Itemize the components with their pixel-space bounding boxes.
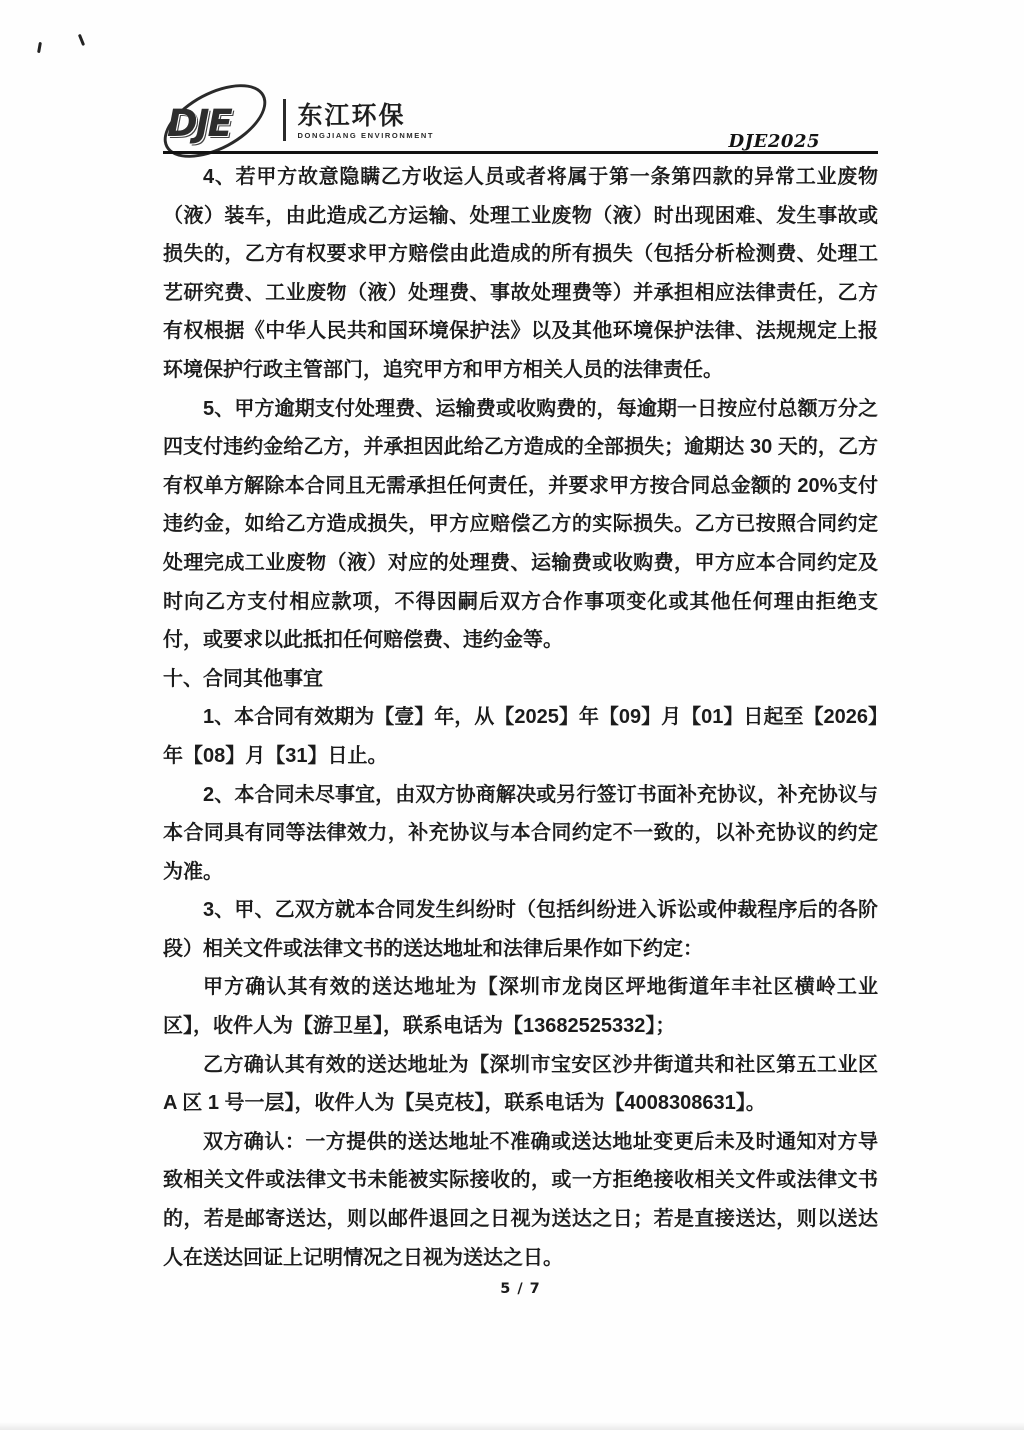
- dje-logo-mark: DJE: [163, 90, 271, 154]
- brand-text-block: 东江环保 DONGJIANG ENVIRONMENT: [298, 102, 435, 140]
- scan-artifact-mark: [78, 34, 85, 46]
- delivery-confirmation-paragraph: 双方确认：一方提供的送达地址不准确或送达地址变更后未及时通知对方导致相关文件或法…: [163, 1123, 878, 1277]
- page-footer: 5 / 7: [163, 1280, 878, 1298]
- contract-body: 4、若甲方故意隐瞒乙方收运人员或者将属于第一条第四款的异常工业废物（液）装车，由…: [163, 158, 878, 1277]
- company-logo: DJE 东江环保 DONGJIANG ENVIRONMENT: [163, 90, 434, 154]
- clause-5-paragraph: 5、甲方逾期支付处理费、运输费或收购费的，每逾期一日按应付总额万分之四支付违约金…: [163, 390, 878, 660]
- scan-edge-shadow: [0, 1422, 1024, 1430]
- term-validity-paragraph: 1、本合同有效期为【壹】年，从【2025】年【09】月【01】日起至【2026】…: [163, 698, 878, 775]
- page-header: DJE 东江环保 DONGJIANG ENVIRONMENT DJE2025: [163, 84, 878, 154]
- header-rule: [163, 151, 878, 154]
- dispute-clause-paragraph: 3、甲、乙双方就本合同发生纠纷时（包括纠纷进入诉讼或仲裁程序后的各阶段）相关文件…: [163, 891, 878, 968]
- page-number: 5 / 7: [500, 1281, 541, 1297]
- section-10-heading: 十、合同其他事宜: [163, 660, 878, 699]
- logo-divider: [283, 99, 286, 141]
- document-code: DJE2025: [729, 131, 820, 152]
- party-b-address-paragraph: 乙方确认其有效的送达地址为【深圳市宝安区沙井街道共和社区第五工业区 A 区 1 …: [163, 1046, 878, 1123]
- party-a-address-paragraph: 甲方确认其有效的送达地址为【深圳市龙岗区坪地街道年丰社区横岭工业区】，收件人为【…: [163, 968, 878, 1045]
- logo-letters: DJE: [167, 102, 231, 145]
- contract-page: DJE 东江环保 DONGJIANG ENVIRONMENT DJE2025 4…: [0, 0, 1024, 1430]
- brand-name-english: DONGJIANG ENVIRONMENT: [298, 131, 435, 140]
- scan-artifact-mark: [37, 42, 42, 53]
- supplementary-agreement-paragraph: 2、本合同未尽事宜，由双方协商解决或另行签订书面补充协议，补充协议与本合同具有同…: [163, 776, 878, 892]
- clause-4-paragraph: 4、若甲方故意隐瞒乙方收运人员或者将属于第一条第四款的异常工业废物（液）装车，由…: [163, 158, 878, 390]
- brand-name-chinese: 东江环保: [298, 102, 435, 131]
